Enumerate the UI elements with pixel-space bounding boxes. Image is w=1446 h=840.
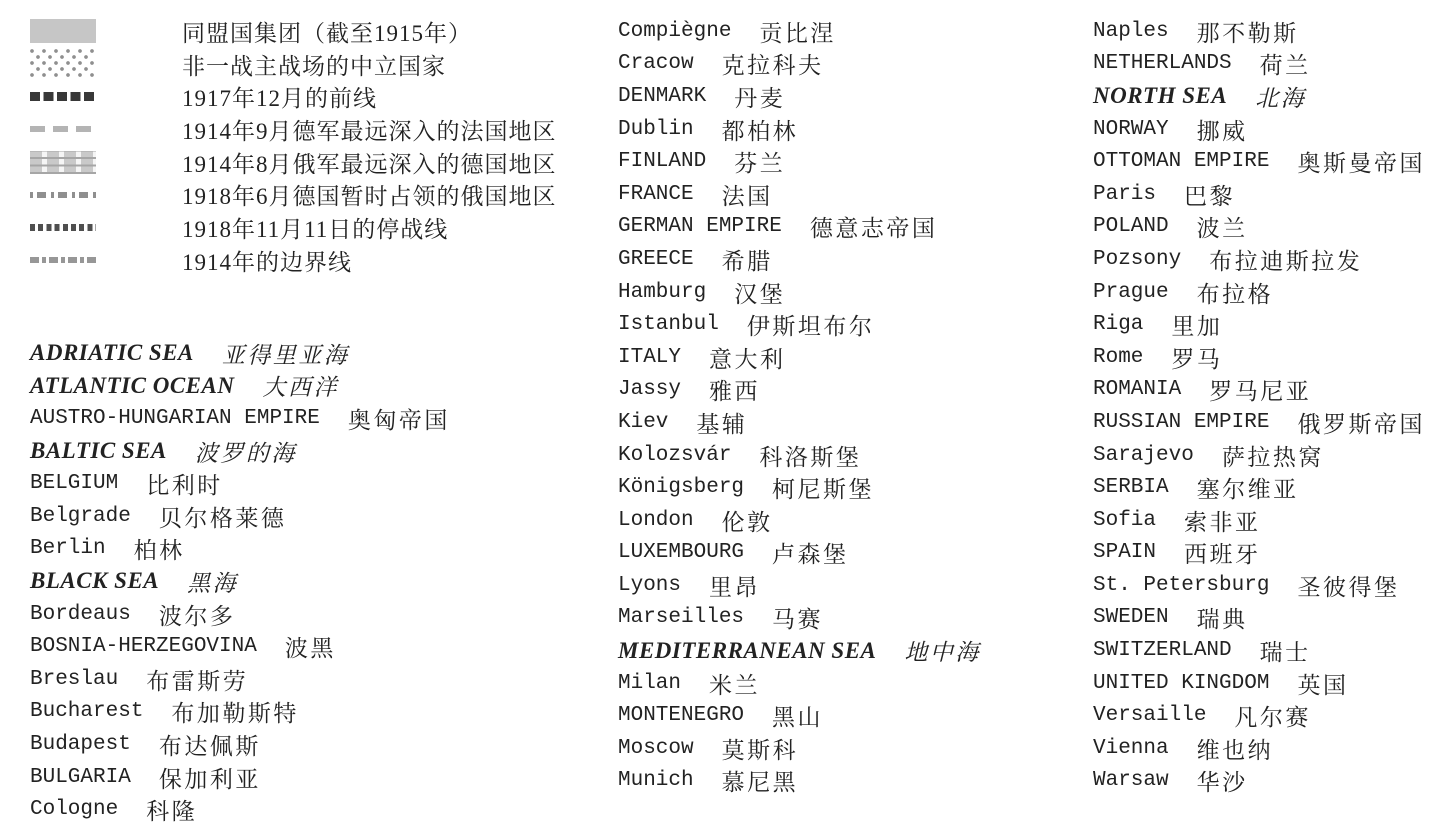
glossary-entry: Moscow 莫斯科 xyxy=(618,732,981,765)
place-name-chinese: 科洛斯堡 xyxy=(759,439,861,472)
dot-grid-area-swatch xyxy=(30,49,96,79)
place-name-chinese: 里昂 xyxy=(709,569,760,602)
glossary-entry: GREECE 希腊 xyxy=(618,243,981,276)
glossary-entry: UNITED KINGDOM 英国 xyxy=(1093,667,1425,700)
place-name-chinese: 萨拉热窝 xyxy=(1222,439,1324,472)
place-name-english: UNITED KINGDOM xyxy=(1093,672,1269,695)
place-name-english: Dublin xyxy=(618,118,694,141)
glossary-entry: Dublin 都柏林 xyxy=(618,113,981,146)
glossary-entry: NORTH SEA 北海 xyxy=(1093,80,1425,113)
place-name-english: Vienna xyxy=(1093,737,1169,760)
brick-hatch-area-swatch xyxy=(30,151,96,174)
place-name-english: Rome xyxy=(1093,346,1143,369)
place-name-chinese: 贝尔格莱德 xyxy=(159,500,287,533)
glossary-entry: Hamburg 汉堡 xyxy=(618,276,981,309)
place-name-chinese: 西班牙 xyxy=(1184,536,1261,569)
place-name-chinese: 比利时 xyxy=(146,467,223,500)
glossary-entry: NETHERLANDS 荷兰 xyxy=(1093,48,1425,81)
place-name-english: Munich xyxy=(618,769,694,792)
glossary-entry: MONTENEGRO 黑山 xyxy=(618,699,981,732)
glossary-entry: Munich 慕尼黑 xyxy=(618,765,981,798)
glossary-entry: FRANCE 法国 xyxy=(618,178,981,211)
glossary-entry: Bordeaus 波尔多 xyxy=(30,598,450,631)
place-name-chinese: 汉堡 xyxy=(734,276,785,309)
legend-item: 1914年的边界线 xyxy=(30,244,557,277)
glossary-entry: Vienna 维也纳 xyxy=(1093,732,1425,765)
place-name-chinese: 芬兰 xyxy=(734,145,785,178)
glossary-entry: LUXEMBOURG 卢森堡 xyxy=(618,537,981,570)
place-name-english: BOSNIA-HERZEGOVINA xyxy=(30,635,257,658)
place-name-english: MEDITERRANEAN SEA xyxy=(618,638,876,664)
glossary-entry: Rome 罗马 xyxy=(1093,341,1425,374)
glossary-entry: Jassy 雅西 xyxy=(618,374,981,407)
place-name-chinese: 布拉迪斯拉发 xyxy=(1209,243,1362,276)
place-name-chinese: 伦敦 xyxy=(722,504,773,537)
place-name-chinese: 贡比涅 xyxy=(759,15,836,48)
place-name-english: Paris xyxy=(1093,183,1156,206)
glossary-entry: Istanbul 伊斯坦布尔 xyxy=(618,308,981,341)
place-name-chinese: 黑山 xyxy=(772,699,823,732)
place-name-english: Compiègne xyxy=(618,20,731,43)
place-name-chinese: 奥匈帝国 xyxy=(348,402,450,435)
glossary-entry: Warsaw 华沙 xyxy=(1093,765,1425,798)
place-name-english: NORTH SEA xyxy=(1093,83,1227,109)
legend-label: 1914年8月俄军最远深入的德国地区 xyxy=(182,146,557,179)
glossary-entry: Lyons 里昂 xyxy=(618,569,981,602)
place-name-english: AUSTRO-HUNGARIAN EMPIRE xyxy=(30,407,320,430)
place-name-chinese: 意大利 xyxy=(709,341,786,374)
place-name-english: FRANCE xyxy=(618,183,694,206)
glossary-entry: Budapest 布达佩斯 xyxy=(30,728,450,761)
legend-label: 非一战主战场的中立国家 xyxy=(182,48,446,81)
glossary-entry: GERMAN EMPIRE 德意志帝国 xyxy=(618,211,981,244)
glossary-column-1: ADRIATIC SEA 亚得里亚海 ATLANTIC OCEAN 大西洋 AU… xyxy=(30,337,450,826)
glossary-entry: Berlin 柏林 xyxy=(30,533,450,566)
glossary-entry: ATLANTIC OCEAN 大西洋 xyxy=(30,370,450,403)
place-name-chinese: 黑海 xyxy=(187,565,238,598)
place-name-english: NETHERLANDS xyxy=(1093,52,1232,75)
glossary-entry: SERBIA 塞尔维亚 xyxy=(1093,471,1425,504)
solid-gray-area-swatch xyxy=(30,19,96,43)
glossary-entry: Sarajevo 萨拉热窝 xyxy=(1093,439,1425,472)
glossary-entry: BULGARIA 保加利亚 xyxy=(30,761,450,794)
place-name-chinese: 布雷斯劳 xyxy=(146,663,248,696)
place-name-english: Sarajevo xyxy=(1093,444,1194,467)
place-name-english: ROMANIA xyxy=(1093,378,1181,401)
glossary-entry: SPAIN 西班牙 xyxy=(1093,537,1425,570)
place-name-english: FINLAND xyxy=(618,150,706,173)
place-name-english: ADRIATIC SEA xyxy=(30,340,194,366)
place-name-chinese: 雅西 xyxy=(709,373,760,406)
place-name-chinese: 地中海 xyxy=(904,634,981,667)
place-name-english: Moscow xyxy=(618,737,694,760)
glossary-entry: Sofia 索非亚 xyxy=(1093,504,1425,537)
place-name-chinese: 克拉科夫 xyxy=(722,47,824,80)
glossary-entry: AUSTRO-HUNGARIAN EMPIRE 奥匈帝国 xyxy=(30,402,450,435)
place-name-english: Bucharest xyxy=(30,700,143,723)
glossary-entry: Cracow 克拉科夫 xyxy=(618,48,981,81)
scanned-map-legend-page: 同盟国集团（截至1915年） 非一战主战场的中立国家 1917年12月的前线 1… xyxy=(0,0,1446,840)
glossary-entry: Marseilles 马赛 xyxy=(618,602,981,635)
place-name-chinese: 华沙 xyxy=(1197,764,1248,797)
place-name-chinese: 莫斯科 xyxy=(722,732,799,765)
place-name-chinese: 布拉格 xyxy=(1197,276,1274,309)
place-name-chinese: 凡尔赛 xyxy=(1234,699,1311,732)
place-name-chinese: 巴黎 xyxy=(1184,178,1235,211)
place-name-english: Riga xyxy=(1093,313,1143,336)
place-name-english: DENMARK xyxy=(618,85,706,108)
place-name-chinese: 布加勒斯特 xyxy=(171,695,299,728)
place-name-english: Pozsony xyxy=(1093,248,1181,271)
place-name-english: Jassy xyxy=(618,378,681,401)
glossary-entry: MEDITERRANEAN SEA 地中海 xyxy=(618,634,981,667)
legend-label: 1917年12月的前线 xyxy=(182,80,377,113)
glossary-entry: NORWAY 挪威 xyxy=(1093,113,1425,146)
place-name-chinese: 圣彼得堡 xyxy=(1297,569,1399,602)
place-name-chinese: 都柏林 xyxy=(722,113,799,146)
legend-item: 同盟国集团（截至1915年） xyxy=(30,15,557,48)
place-name-chinese: 罗马尼亚 xyxy=(1209,373,1311,406)
glossary-entry: Compiègne 贡比涅 xyxy=(618,15,981,48)
place-name-chinese: 卢森堡 xyxy=(772,536,849,569)
square-dot-line-swatch xyxy=(30,224,96,231)
place-name-chinese: 保加利亚 xyxy=(159,761,261,794)
place-name-chinese: 科隆 xyxy=(146,793,197,826)
place-name-english: NORWAY xyxy=(1093,118,1169,141)
place-name-chinese: 俄罗斯帝国 xyxy=(1297,406,1425,439)
glossary-entry: Kiev 基辅 xyxy=(618,406,981,439)
place-name-chinese: 伊斯坦布尔 xyxy=(747,308,875,341)
legend-item: 非一战主战场的中立国家 xyxy=(30,48,557,81)
glossary-entry: POLAND 波兰 xyxy=(1093,211,1425,244)
place-name-english: LUXEMBOURG xyxy=(618,541,744,564)
place-name-english: GERMAN EMPIRE xyxy=(618,215,782,238)
place-name-chinese: 丹麦 xyxy=(734,80,785,113)
glossary-entry: Kolozsvár 科洛斯堡 xyxy=(618,439,981,472)
place-name-chinese: 塞尔维亚 xyxy=(1197,471,1299,504)
place-name-chinese: 索非亚 xyxy=(1184,504,1261,537)
legend-label: 1914年的边界线 xyxy=(182,244,352,277)
mixed-dash-line-swatch xyxy=(30,257,96,263)
glossary-entry: Milan 米兰 xyxy=(618,667,981,700)
place-name-english: OTTOMAN EMPIRE xyxy=(1093,150,1269,173)
map-legend: 同盟国集团（截至1915年） 非一战主战场的中立国家 1917年12月的前线 1… xyxy=(30,15,557,277)
glossary-entry: BELGIUM 比利时 xyxy=(30,467,450,500)
legend-item: 1918年11月11日的停战线 xyxy=(30,211,557,244)
place-name-chinese: 柯尼斯堡 xyxy=(772,471,874,504)
glossary-entry: Cologne 科隆 xyxy=(30,793,450,826)
light-gray-dashed-line-swatch xyxy=(30,126,96,132)
glossary-entry: ITALY 意大利 xyxy=(618,341,981,374)
place-name-english: Kolozsvár xyxy=(618,444,731,467)
place-name-english: ATLANTIC OCEAN xyxy=(30,373,234,399)
place-name-chinese: 那不勒斯 xyxy=(1197,15,1299,48)
place-name-english: SWEDEN xyxy=(1093,606,1169,629)
glossary-entry: Bucharest 布加勒斯特 xyxy=(30,696,450,729)
place-name-english: SPAIN xyxy=(1093,541,1156,564)
glossary-entry: Belgrade 贝尔格莱德 xyxy=(30,500,450,533)
place-name-chinese: 荷兰 xyxy=(1260,47,1311,80)
legend-item: 1914年9月德军最远深入的法国地区 xyxy=(30,113,557,146)
glossary-entry: Riga 里加 xyxy=(1093,308,1425,341)
place-name-english: Milan xyxy=(618,672,681,695)
place-name-chinese: 英国 xyxy=(1297,667,1348,700)
place-name-english: Kiev xyxy=(618,411,668,434)
place-name-chinese: 瑞典 xyxy=(1197,601,1248,634)
legend-label: 1918年6月德国暂时占领的俄国地区 xyxy=(182,178,557,211)
legend-label: 同盟国集团（截至1915年） xyxy=(182,15,472,48)
place-name-english: Lyons xyxy=(618,574,681,597)
glossary-entry: Prague 布拉格 xyxy=(1093,276,1425,309)
place-name-english: BLACK SEA xyxy=(30,568,159,594)
place-name-english: Bordeaus xyxy=(30,603,131,626)
glossary-entry: Versaille 凡尔赛 xyxy=(1093,699,1425,732)
place-name-chinese: 米兰 xyxy=(709,667,760,700)
place-name-chinese: 德意志帝国 xyxy=(810,210,938,243)
place-name-chinese: 马赛 xyxy=(772,601,823,634)
place-name-english: POLAND xyxy=(1093,215,1169,238)
place-name-english: Marseilles xyxy=(618,606,744,629)
place-name-chinese: 北海 xyxy=(1255,80,1306,113)
place-name-english: Warsaw xyxy=(1093,769,1169,792)
glossary-entry: FINLAND 芬兰 xyxy=(618,145,981,178)
glossary-entry: DENMARK 丹麦 xyxy=(618,80,981,113)
place-name-english: Belgrade xyxy=(30,505,131,528)
place-name-chinese: 挪威 xyxy=(1197,113,1248,146)
place-name-english: SWITZERLAND xyxy=(1093,639,1232,662)
place-name-chinese: 布达佩斯 xyxy=(159,728,261,761)
glossary-entry: BLACK SEA 黑海 xyxy=(30,565,450,598)
place-name-english: Cologne xyxy=(30,798,118,821)
glossary-entry: Naples 那不勒斯 xyxy=(1093,15,1425,48)
glossary-entry: OTTOMAN EMPIRE 奥斯曼帝国 xyxy=(1093,145,1425,178)
place-name-chinese: 波黑 xyxy=(285,630,336,663)
place-name-chinese: 柏林 xyxy=(134,532,185,565)
place-name-english: St. Petersburg xyxy=(1093,574,1269,597)
place-name-chinese: 奥斯曼帝国 xyxy=(1297,145,1425,178)
place-name-english: London xyxy=(618,509,694,532)
place-name-chinese: 基辅 xyxy=(696,406,747,439)
place-name-chinese: 波罗的海 xyxy=(195,435,297,468)
place-name-english: SERBIA xyxy=(1093,476,1169,499)
place-name-chinese: 慕尼黑 xyxy=(722,764,799,797)
place-name-english: Sofia xyxy=(1093,509,1156,532)
glossary-entry: Pozsony 布拉迪斯拉发 xyxy=(1093,243,1425,276)
place-name-english: Versaille xyxy=(1093,704,1206,727)
place-name-english: MONTENEGRO xyxy=(618,704,744,727)
place-name-chinese: 维也纳 xyxy=(1197,732,1274,765)
glossary-entry: Königsberg 柯尼斯堡 xyxy=(618,471,981,504)
glossary-entry: RUSSIAN EMPIRE 俄罗斯帝国 xyxy=(1093,406,1425,439)
place-name-english: Budapest xyxy=(30,733,131,756)
place-name-english: RUSSIAN EMPIRE xyxy=(1093,411,1269,434)
place-name-english: GREECE xyxy=(618,248,694,271)
dash-dot-line-swatch xyxy=(30,192,96,198)
place-name-chinese: 法国 xyxy=(722,178,773,211)
place-name-chinese: 亚得里亚海 xyxy=(222,337,350,370)
place-name-chinese: 大西洋 xyxy=(262,369,339,402)
place-name-english: Königsberg xyxy=(618,476,744,499)
place-name-english: Breslau xyxy=(30,668,118,691)
place-name-english: BALTIC SEA xyxy=(30,438,167,464)
place-name-english: Hamburg xyxy=(618,281,706,304)
glossary-entry: London 伦敦 xyxy=(618,504,981,537)
glossary-entry: BALTIC SEA 波罗的海 xyxy=(30,435,450,468)
glossary-column-3: Naples 那不勒斯 NETHERLANDS 荷兰 NORTH SEA 北海 … xyxy=(1093,15,1425,797)
place-name-chinese: 里加 xyxy=(1171,308,1222,341)
glossary-entry: SWEDEN 瑞典 xyxy=(1093,602,1425,635)
glossary-entry: Breslau 布雷斯劳 xyxy=(30,663,450,696)
glossary-entry: SWITZERLAND 瑞士 xyxy=(1093,634,1425,667)
legend-item: 1917年12月的前线 xyxy=(30,80,557,113)
glossary-entry: BOSNIA-HERZEGOVINA 波黑 xyxy=(30,630,450,663)
legend-label: 1914年9月德军最远深入的法国地区 xyxy=(182,113,557,146)
legend-item: 1914年8月俄军最远深入的德国地区 xyxy=(30,146,557,179)
place-name-english: Prague xyxy=(1093,281,1169,304)
place-name-chinese: 波兰 xyxy=(1197,210,1248,243)
thick-dark-dashed-line-swatch xyxy=(30,92,96,101)
glossary-entry: Paris 巴黎 xyxy=(1093,178,1425,211)
glossary-column-2: Compiègne 贡比涅 Cracow 克拉科夫 DENMARK 丹麦 Dub… xyxy=(618,15,981,797)
glossary-entry: ADRIATIC SEA 亚得里亚海 xyxy=(30,337,450,370)
place-name-english: ITALY xyxy=(618,346,681,369)
place-name-chinese: 罗马 xyxy=(1171,341,1222,374)
place-name-english: Berlin xyxy=(30,537,106,560)
place-name-chinese: 希腊 xyxy=(722,243,773,276)
place-name-chinese: 波尔多 xyxy=(159,598,236,631)
place-name-english: Cracow xyxy=(618,52,694,75)
place-name-english: Naples xyxy=(1093,20,1169,43)
place-name-english: BELGIUM xyxy=(30,472,118,495)
place-name-english: BULGARIA xyxy=(30,766,131,789)
place-name-chinese: 瑞士 xyxy=(1260,634,1311,667)
legend-label: 1918年11月11日的停战线 xyxy=(182,211,448,244)
place-name-english: Istanbul xyxy=(618,313,719,336)
glossary-entry: ROMANIA 罗马尼亚 xyxy=(1093,374,1425,407)
glossary-entry: St. Petersburg 圣彼得堡 xyxy=(1093,569,1425,602)
legend-item: 1918年6月德国暂时占领的俄国地区 xyxy=(30,178,557,211)
